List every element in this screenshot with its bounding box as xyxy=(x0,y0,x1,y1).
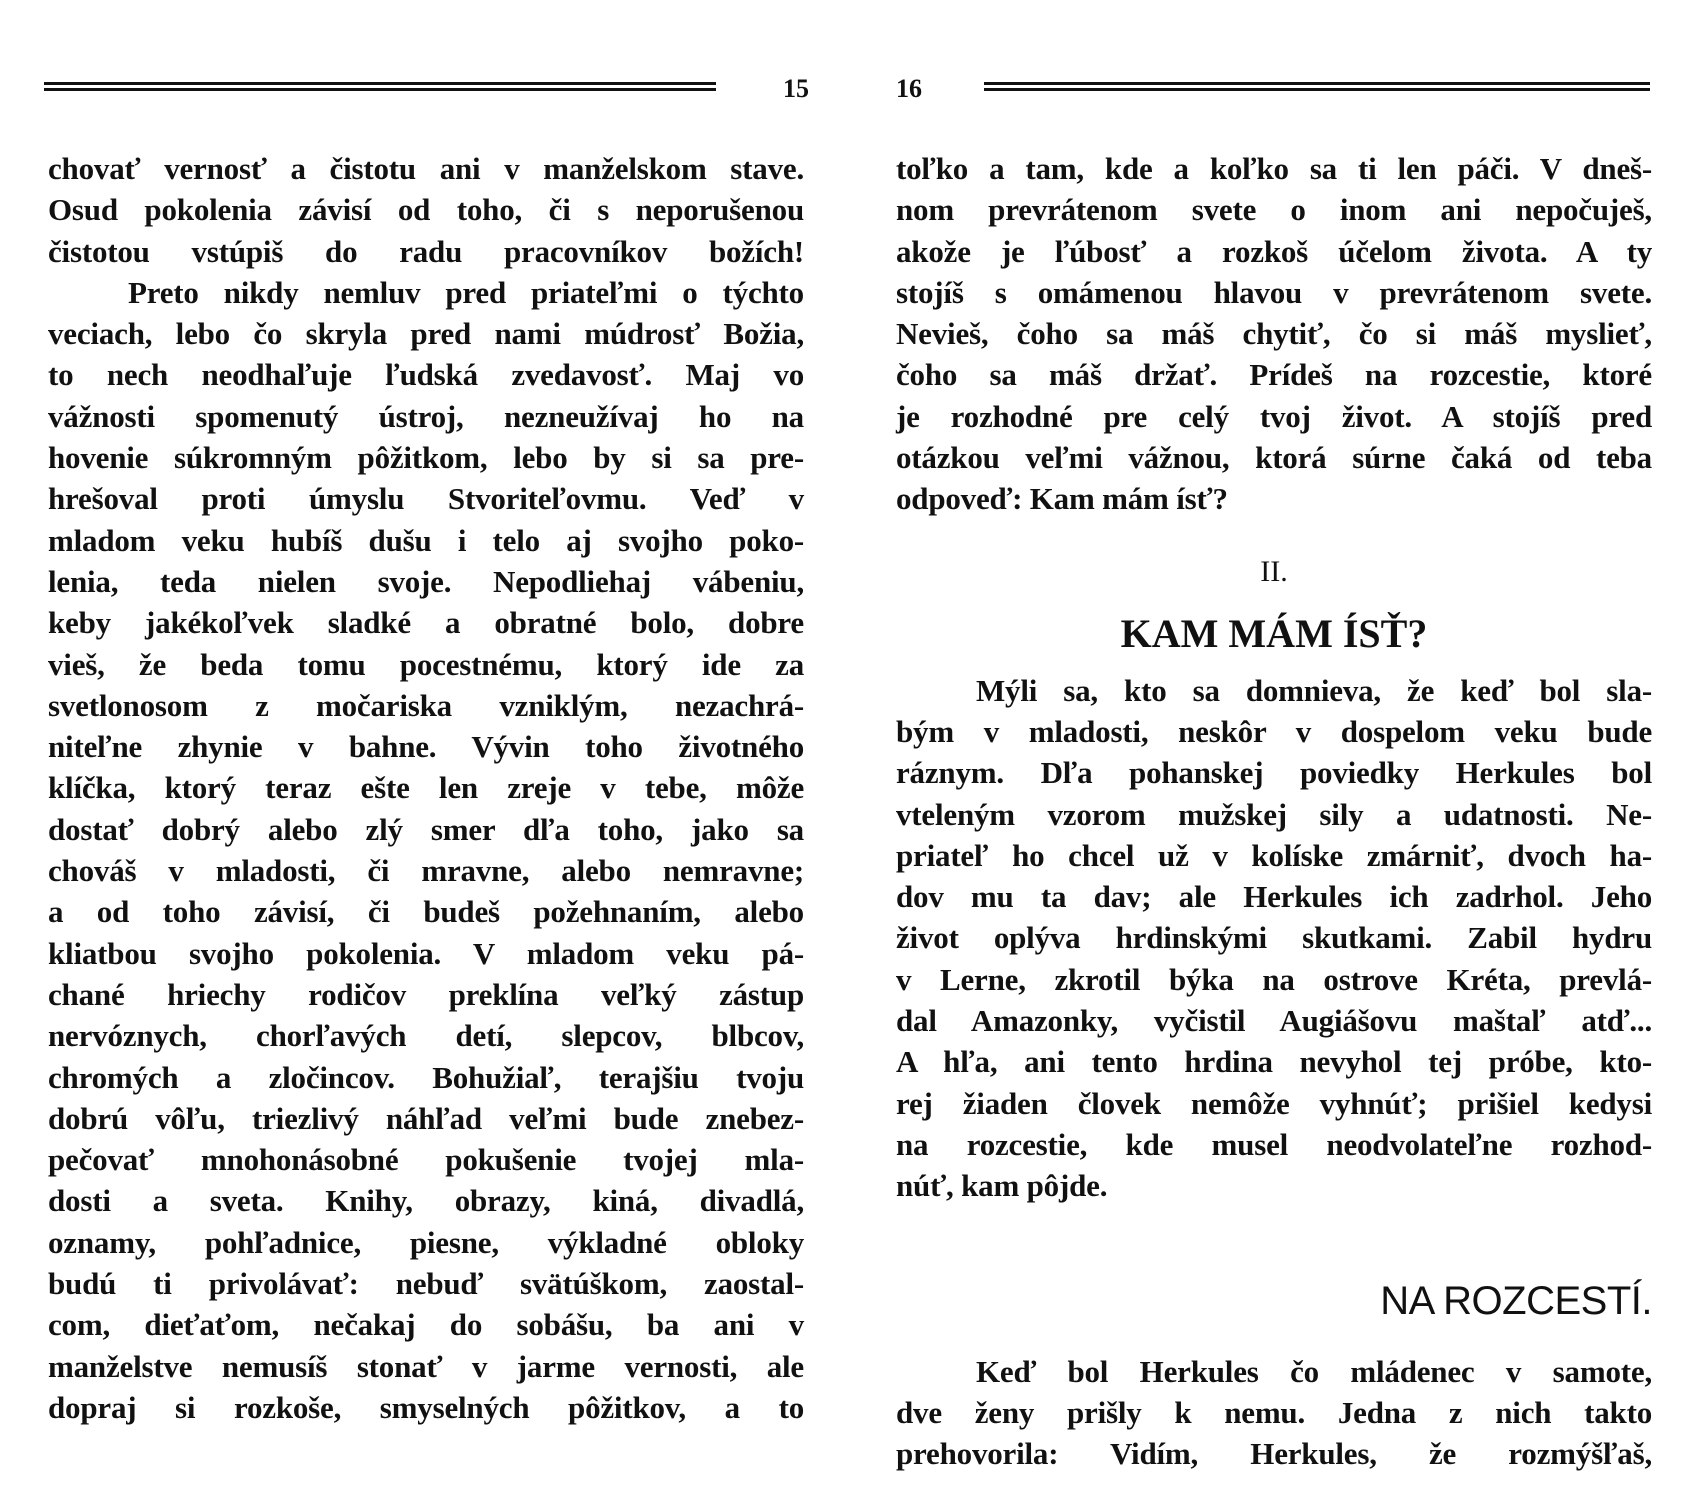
chapter-number: II. xyxy=(896,548,1652,596)
text-line: Nevieš, čoho sa máš chytiť, čo si máš my… xyxy=(896,313,1652,354)
text-line: rej žiaden človek nemôže vyhnúť; prišiel… xyxy=(896,1083,1652,1124)
text-line: niteľne zhynie v bahne. Vývin toho život… xyxy=(48,726,804,767)
text-line: vážnosti spomenutý ústroj, nezneužívaj h… xyxy=(48,396,804,437)
text-line: dopraj si rozkoše, smyselných pôžitkov, … xyxy=(48,1387,804,1428)
text-line: stojíš s omámenou hlavou v prevrátenom s… xyxy=(896,272,1652,313)
text-line: keby jakékoľvek sladké a obratné bolo, d… xyxy=(48,602,804,643)
text-line: veciach, lebo čo skryla pred nami múdros… xyxy=(48,313,804,354)
text-line: nervóznych, chorľavých detí, slepcov, bl… xyxy=(48,1015,804,1056)
text-line: akože je ľúbosť a rozkoš účelom života. … xyxy=(896,231,1652,272)
subsection-paragraph: Keď bol Herkules čo mládenec v samote,dv… xyxy=(896,1351,1652,1475)
header-double-rule xyxy=(984,82,1650,91)
text-line: dostať dobrý alebo zlý smer dľa toho, ja… xyxy=(48,809,804,850)
text-line: Osud pokolenia závisí od toho, či s nepo… xyxy=(48,189,804,230)
left-page: 15 chovať vernosť a čistotu ani v manžel… xyxy=(0,0,846,1500)
text-line: mladom veku hubíš dušu i telo aj svojho … xyxy=(48,520,804,561)
text-line: dal Amazonky, vyčistil Augiášovu maštaľ … xyxy=(896,1000,1652,1041)
text-line: budú ti privolávať: nebuď svätúškom, zao… xyxy=(48,1263,804,1304)
text-line: chováš v mladosti, či mravne, alebo nemr… xyxy=(48,850,804,891)
text-line: núť, kam pôjde. xyxy=(896,1165,1652,1206)
right-page: 16 toľko a tam, kde a koľko sa ti len pá… xyxy=(846,0,1692,1500)
text-line: chromých a zločincov. Bohužiaľ, terajšiu… xyxy=(48,1057,804,1098)
text-line: v Lerne, zkrotil býka na ostrove Kréta, … xyxy=(896,959,1652,1000)
text-line: a od toho závisí, či budeš požehnaním, a… xyxy=(48,891,804,932)
text-line: pečovať mnohonásobné pokušenie tvojej ml… xyxy=(48,1139,804,1180)
text-line: odpoveď: Kam mám ísť? xyxy=(896,478,1652,519)
page-number: 15 xyxy=(783,74,809,104)
text-line: klíčka, ktorý teraz ešte len zreje v teb… xyxy=(48,767,804,808)
page-number: 16 xyxy=(896,74,922,104)
text-line: Preto nikdy nemluv pred priateľmi o tých… xyxy=(48,272,804,313)
text-line: kliatbou svojho pokolenia. V mladom veku… xyxy=(48,933,804,974)
text-line: Keď bol Herkules čo mládenec v samote, xyxy=(896,1351,1652,1392)
text-line: Mýli sa, kto sa domnieva, že keď bol sla… xyxy=(896,670,1652,711)
text-line: vteleným vzorom mužskej sily a udatnosti… xyxy=(896,794,1652,835)
text-line: vieš, že beda tomu pocestnému, ktorý ide… xyxy=(48,644,804,685)
chapter-paragraph: Mýli sa, kto sa domnieva, že keď bol sla… xyxy=(896,670,1652,1207)
text-line: čoho sa máš držať. Prídeš na rozcestie, … xyxy=(896,354,1652,395)
intro-paragraph: toľko a tam, kde a koľko sa ti len páči.… xyxy=(896,148,1652,520)
text-line: com, dieťaťom, nečakaj do sobášu, ba ani… xyxy=(48,1304,804,1345)
section-subheading: NA ROZCESTÍ. xyxy=(896,1271,1652,1331)
text-line: na rozcestie, kde musel neodvolateľne ro… xyxy=(896,1124,1652,1165)
text-line: bým v mladosti, neskôr v dospelom veku b… xyxy=(896,711,1652,752)
left-page-header: 15 xyxy=(44,78,809,102)
text-line: oznamy, pohľadnice, piesne, výkladné obl… xyxy=(48,1222,804,1263)
text-line: hrešoval proti úmyslu Stvoriteľovmu. Veď… xyxy=(48,478,804,519)
text-line: je rozhodné pre celý tvoj život. A stojí… xyxy=(896,396,1652,437)
right-page-body: toľko a tam, kde a koľko sa ti len páči.… xyxy=(896,148,1652,1474)
text-line: hovenie súkromným pôžitkom, lebo by si s… xyxy=(48,437,804,478)
text-line: čistotou vstúpiš do radu pracovníkov bož… xyxy=(48,231,804,272)
text-line: lenia, teda nielen svoje. Nepodliehaj vá… xyxy=(48,561,804,602)
text-line: dve ženy prišly k nemu. Jedna z nich tak… xyxy=(896,1392,1652,1433)
left-page-body: chovať vernosť a čistotu ani v manželsko… xyxy=(48,148,804,1428)
text-line: chané hriechy rodičov preklína veľký zás… xyxy=(48,974,804,1015)
text-line: A hľa, ani tento hrdina nevyhol tej prób… xyxy=(896,1041,1652,1082)
text-line: ráznym. Dľa pohanskej poviedky Herkules … xyxy=(896,752,1652,793)
text-line: manželstve nemusíš stonať v jarme vernos… xyxy=(48,1346,804,1387)
text-line: otázkou veľmi vážnou, ktorá súrne čaká o… xyxy=(896,437,1652,478)
text-line: dov mu ta dav; ale Herkules ich zadrhol.… xyxy=(896,876,1652,917)
text-line: dobrú vôľu, triezlivý náhľad veľmi bude … xyxy=(48,1098,804,1139)
text-line: prehovorila: Vidím, Herkules, že rozmýšľ… xyxy=(896,1433,1652,1474)
right-page-header: 16 xyxy=(896,78,1661,102)
header-double-rule xyxy=(44,82,716,91)
text-line: život oplýva hrdinskými skutkami. Zabil … xyxy=(896,917,1652,958)
text-line: to nech neodhaľuje ľudská zvedavosť. Maj… xyxy=(48,354,804,395)
text-line: priateľ ho chcel už v kolíske zmárniť, d… xyxy=(896,835,1652,876)
text-line: toľko a tam, kde a koľko sa ti len páči.… xyxy=(896,148,1652,189)
text-line: chovať vernosť a čistotu ani v manželsko… xyxy=(48,148,804,189)
text-line: dosti a sveta. Knihy, obrazy, kiná, diva… xyxy=(48,1180,804,1221)
text-line: nom prevrátenom svete o inom ani nepočuj… xyxy=(896,189,1652,230)
text-line: svetlonosom z močariska vzniklým, nezach… xyxy=(48,685,804,726)
chapter-title: KAM MÁM ÍSŤ? xyxy=(896,604,1652,664)
